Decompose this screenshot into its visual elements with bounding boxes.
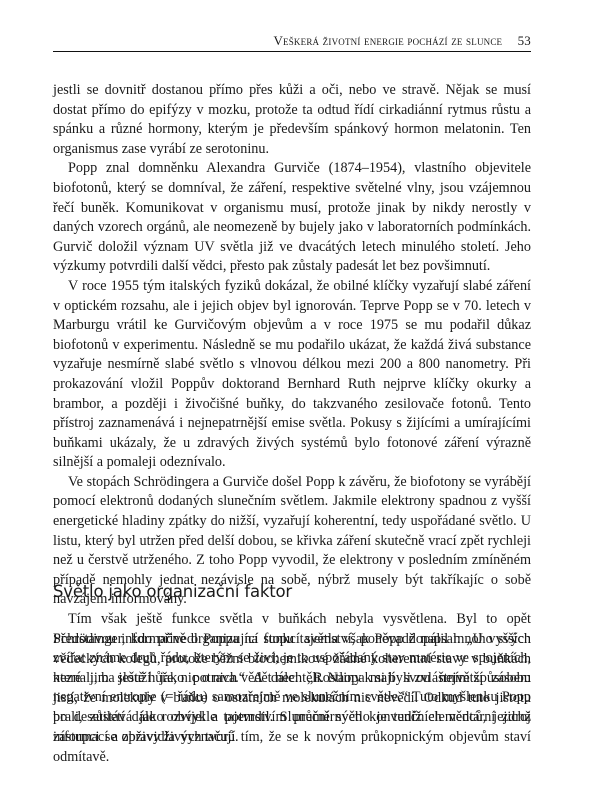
running-header: Veškerá životní energie pochází ze slunc… (53, 33, 531, 52)
section-heading: Světlo jako organizační faktor (53, 581, 531, 603)
page-number: 53 (518, 33, 531, 49)
running-header-title: Veškerá životní energie pochází ze slunc… (273, 33, 502, 48)
paragraph: jestli se dovnitř dostanou přímo přes ků… (53, 81, 531, 159)
paragraph: V roce 1955 tým italských fyziků dokázal… (53, 277, 531, 473)
section-body-text: Představou informačně organizující funkc… (53, 630, 531, 767)
paragraph: Popp znal domněnku Alexandra Gurviče (18… (53, 159, 531, 277)
paragraph: Představou informačně organizující funkc… (53, 630, 531, 767)
